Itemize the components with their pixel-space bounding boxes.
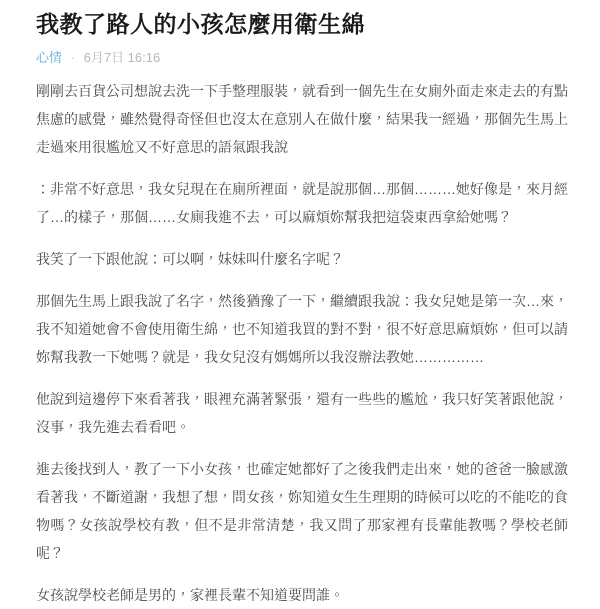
post-paragraph: ：非常不好意思，我女兒現在在廁所裡面，就是說那個…那個………她好像是，來月經了…… (36, 175, 568, 231)
post-body: 剛剛去百貨公司想說去洗一下手整理服裝，就看到一個先生在女廁外面走來走去的有點焦慮… (36, 77, 568, 609)
meta-separator: · (71, 50, 75, 65)
post-paragraph: 我笑了一下跟他說：可以啊，妹妹叫什麼名字呢？ (36, 245, 568, 273)
post-title: 我教了路人的小孩怎麼用衛生綿 (36, 8, 568, 40)
post-container: 我教了路人的小孩怎麼用衛生綿 心情 · 6月7日 16:16 剛剛去百貨公司想說… (0, 0, 600, 609)
post-meta: 心情 · 6月7日 16:16 (36, 49, 568, 67)
post-paragraph: 他說到這邊停下來看著我，眼裡充滿著緊張，還有一些些的尷尬，我只好笑著跟他說，沒事… (36, 385, 568, 441)
post-paragraph: 女孩說學校老師是男的，家裡長輩不知道要問誰。 (36, 581, 568, 609)
post-paragraph: 進去後找到人，教了一下小女孩，也確定她都好了之後我們走出來，她的爸爸一臉感激看著… (36, 455, 568, 567)
post-paragraph: 那個先生馬上跟我說了名字，然後猶豫了一下，繼續跟我說：我女兒她是第一次…來，我不… (36, 287, 568, 371)
post-paragraph: 剛剛去百貨公司想說去洗一下手整理服裝，就看到一個先生在女廁外面走來走去的有點焦慮… (36, 77, 568, 161)
category-link[interactable]: 心情 (36, 50, 62, 65)
post-timestamp: 6月7日 16:16 (84, 50, 161, 65)
